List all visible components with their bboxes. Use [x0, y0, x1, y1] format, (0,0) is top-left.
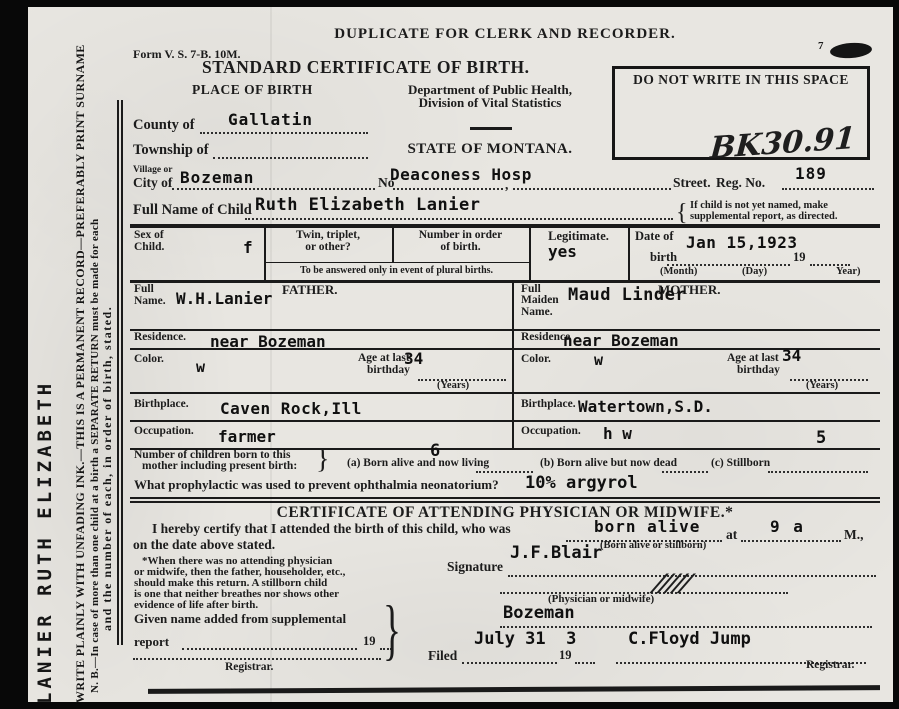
- filed-upper-line: [500, 625, 872, 628]
- do-not-write-box: DO NOT WRITE IN THIS SPACE BK30.91: [612, 66, 870, 160]
- registrar-right-label: Registrar.: [806, 659, 854, 671]
- institution-line: [393, 187, 503, 190]
- handwritten-registry-code: BK30.91: [709, 121, 856, 166]
- father-name-label: Name.: [134, 295, 166, 307]
- year-prefix: 19: [793, 250, 806, 265]
- filed-date-typed: July 31 3: [474, 629, 576, 649]
- parent-center-divider: [512, 281, 514, 448]
- stillborn-line: [768, 470, 868, 473]
- born-alive-value: born alive: [594, 517, 700, 536]
- place-of-birth-heading: PLACE OF BIRTH: [192, 82, 313, 98]
- father-name-value: W.H.Lanier: [176, 289, 272, 308]
- reg-no-value: 189: [795, 164, 827, 183]
- margin-note-nb2: and the number of each, in order of birt…: [100, 306, 115, 631]
- alive-label: (a) Born alive and now living: [347, 457, 489, 469]
- mother-occupation-label: Occupation.: [521, 425, 581, 437]
- street-label: Street.: [673, 175, 711, 191]
- unnamed-note1: If child is not yet named, make: [690, 200, 828, 211]
- father-age-label1: Age at last: [358, 352, 410, 364]
- mother-years-caption: (Years): [806, 380, 838, 391]
- father-occupation-value: farmer: [218, 427, 276, 446]
- mother-name-label: Name.: [521, 306, 553, 318]
- father-residence-value: near Bozeman: [210, 332, 326, 351]
- certificate-title: STANDARD CERTIFICATE OF BIRTH.: [202, 57, 530, 78]
- stillborn-value: 5: [816, 428, 826, 448]
- legitimate-label: Legitimate.: [529, 229, 628, 244]
- father-years-caption: (Years): [437, 380, 469, 391]
- margin-typed-child-name: LANIER RUTH ELIZABETH: [34, 380, 56, 704]
- mother-age-label2: birthday: [737, 364, 780, 376]
- footnote-line5: evidence of life after birth.: [134, 599, 258, 611]
- father-occupation-label: Occupation.: [134, 425, 194, 437]
- date-value: Jan 15,1923: [686, 233, 797, 252]
- full-name-label: Full Name of Child: [133, 202, 252, 219]
- plural-note-rule: [264, 262, 529, 263]
- father-color-label: Color.: [134, 353, 164, 365]
- signature-label: Signature: [447, 559, 503, 575]
- full-name-value: Ruth Elizabeth Lanier: [255, 195, 480, 215]
- filed-year: 19: [559, 648, 572, 663]
- alive-value: 6: [430, 441, 440, 461]
- city-line: [172, 187, 375, 190]
- month-caption: (Month): [660, 266, 697, 277]
- mother-name-value: Maud Linder: [568, 285, 686, 305]
- twin-label1: Twin, triplet,: [264, 229, 392, 241]
- county-value: Gallatin: [228, 110, 313, 129]
- rule-after-name: [130, 329, 880, 331]
- state-of-montana: STATE OF MONTANA.: [385, 141, 595, 158]
- township-line: [213, 156, 368, 159]
- father-full-label: Full: [134, 283, 154, 295]
- mother-birthplace-value: Watertown,S.D.: [578, 397, 713, 416]
- prophylactic-answer: 10% argyrol: [525, 473, 638, 493]
- year-caption: Year): [836, 266, 861, 277]
- mother-age-value: 34: [782, 346, 801, 365]
- township-label: Township of: [133, 142, 209, 159]
- sex-label1: Sex of: [134, 229, 164, 241]
- filed-year-line: [575, 661, 595, 664]
- date-of-label: Date of: [635, 229, 674, 244]
- given-name-brace: }: [383, 595, 401, 663]
- born-caption: (Born alive or stillborn): [600, 540, 706, 551]
- sex-label2: Child.: [134, 241, 164, 253]
- county-label: County of: [133, 117, 195, 134]
- cert-rule-1: [130, 497, 880, 499]
- mother-age-label1: Age at last: [727, 352, 779, 364]
- page-mark: 7: [818, 40, 824, 52]
- reg-no-line: [782, 187, 874, 190]
- mother-occupation-value: h w: [603, 424, 632, 443]
- bottom-rule: [148, 685, 880, 693]
- mother-maiden-label: Maiden: [521, 294, 559, 306]
- row1-bottom-rule: [130, 280, 880, 283]
- certificate-paper: LANIER RUTH ELIZABETH WRITE PLAINLY WITH…: [28, 7, 893, 702]
- dead-line: [662, 470, 708, 473]
- stillborn-label: (c) Stillborn: [711, 457, 770, 469]
- city-of-label: City of: [133, 175, 172, 191]
- margin-note-permanent-record: WRITE PLAINLY WITH UNFADING INK.—THIS IS…: [73, 44, 88, 703]
- sex-value: f: [243, 238, 253, 257]
- state-dash: [470, 127, 512, 130]
- signature-line: [508, 574, 876, 577]
- mother-birthplace-label: Birthplace.: [521, 398, 576, 410]
- county-line: [200, 131, 368, 134]
- given-name-line1: Given name added from supplemental: [134, 611, 346, 627]
- mother-color-label: Color.: [521, 353, 551, 365]
- village-or-label: Village or: [133, 165, 172, 175]
- prophylactic-question: What prophylactic was used to prevent op…: [134, 477, 499, 493]
- city-value: Bozeman: [180, 168, 254, 187]
- registrar-left-line: [133, 657, 381, 660]
- certify-text: I hereby certify that I attended the bir…: [152, 521, 511, 537]
- ink-blot-oval: [830, 42, 873, 60]
- father-birthplace-value: Caven Rock,Ill: [220, 399, 362, 418]
- row1-divider4: [628, 227, 630, 281]
- reg-no-label: Reg. No.: [716, 175, 765, 191]
- plural-note: To be answered only in event of plural b…: [264, 265, 529, 276]
- institution-value: Deaconess Hosp: [390, 165, 532, 184]
- section-rule-top: [130, 224, 880, 228]
- meridian-label: M.,: [844, 527, 864, 543]
- rule-after-birthplace: [130, 420, 880, 422]
- filed-line: [462, 661, 557, 664]
- given-name-year: 19: [363, 634, 376, 649]
- margin-rule-outer: [117, 100, 119, 645]
- signature-typed: J.F.Blair: [510, 543, 602, 563]
- comma-mark: ,: [505, 177, 508, 193]
- rule-after-color: [130, 392, 880, 394]
- twin-label2: or other?: [264, 241, 392, 253]
- duplicate-heading: DUPLICATE FOR CLERK AND RECORDER.: [130, 26, 880, 43]
- dead-label: (b) Born alive but now dead: [540, 457, 677, 469]
- street-line: [513, 187, 671, 190]
- children-label2: mother including present birth:: [142, 460, 297, 472]
- order-label1: Number in order: [392, 229, 529, 241]
- unnamed-note2: supplemental report, as directed.: [690, 211, 837, 222]
- registrar-left-label: Registrar.: [225, 661, 273, 673]
- cert-rule-2: [130, 501, 880, 503]
- do-not-write-label: DO NOT WRITE IN THIS SPACE: [615, 72, 867, 88]
- time-line: [741, 539, 841, 542]
- father-residence-label: Residence.: [134, 331, 186, 343]
- time-value: 9 a: [770, 517, 805, 536]
- unnamed-note-brace: {: [676, 200, 688, 227]
- order-label2: of birth.: [392, 241, 529, 253]
- mother-residence-value: near Bozeman: [563, 331, 679, 350]
- date-stated-text: on the date above stated.: [133, 537, 275, 553]
- at-label: at: [726, 527, 737, 543]
- registrar-typed: C.Floyd Jump: [628, 629, 751, 649]
- place-typed: Bozeman: [503, 603, 575, 623]
- given-name-line2: report: [134, 634, 169, 650]
- report-line: [182, 647, 357, 650]
- department-line2: Division of Vital Statistics: [370, 95, 610, 111]
- day-caption: (Day): [742, 266, 767, 277]
- legitimate-value: yes: [548, 242, 577, 261]
- children-brace: }: [316, 444, 329, 476]
- physician-certificate-title: CERTIFICATE OF ATTENDING PHYSICIAN OR MI…: [130, 504, 880, 522]
- mother-color-value: w: [594, 351, 603, 369]
- filed-label: Filed: [428, 648, 457, 664]
- father-color-value: w: [196, 358, 205, 376]
- full-name-line: [245, 217, 673, 220]
- father-section-title: FATHER.: [282, 282, 338, 298]
- father-birthplace-label: Birthplace.: [134, 398, 189, 410]
- margin-rule-inner: [121, 100, 123, 645]
- father-age-label2: birthday: [367, 364, 410, 376]
